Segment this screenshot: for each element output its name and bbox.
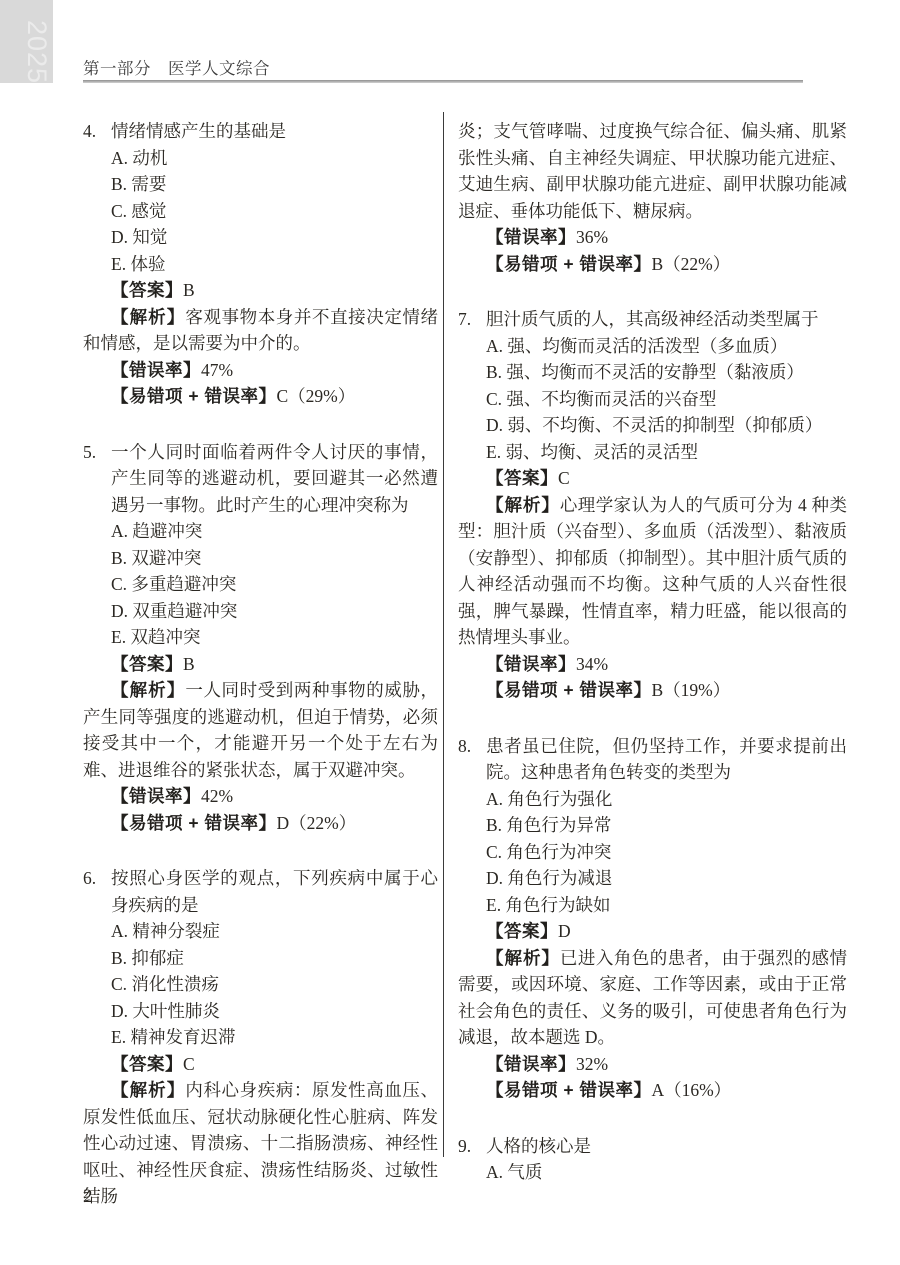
question-stem: 6. 按照心身医学的观点，下列疾病中属于心身疾病的是	[83, 865, 438, 918]
option-a: A. 强、均衡而灵活的活泼型（多血质）	[486, 333, 847, 360]
stem-text: 按照心身医学的观点，下列疾病中属于心身疾病的是	[111, 868, 438, 915]
question-stem: 9. 人格的核心是	[458, 1133, 847, 1160]
error-rate-label: 【错误率】	[111, 360, 201, 380]
option-b: B. 抑郁症	[111, 945, 438, 972]
option-a: A. 趋避冲突	[111, 518, 438, 545]
option-b: B. 强、均衡而不灵活的安静型（黏液质）	[486, 359, 847, 386]
question-stem: 8. 患者虽已住院，但仍坚持工作，并要求提前出院。这种患者角色转变的类型为	[458, 733, 847, 786]
confusable-line: 【易错项 + 错误率】B（22%）	[458, 251, 847, 278]
confusable-value: A（16%）	[651, 1080, 731, 1100]
column-divider	[443, 112, 444, 1157]
year-watermark: 2025	[23, 20, 50, 84]
analysis-label: 【解析】	[111, 307, 185, 327]
question-5: 5. 一个人同时面临着两件令人讨厌的事情，产生同等的逃避动机，要回避其一必然遭遇…	[83, 439, 438, 837]
question-9: 9. 人格的核心是 A. 气质	[458, 1133, 847, 1186]
confusable-line: 【易错项 + 错误率】A（16%）	[458, 1077, 847, 1104]
option-list: A. 强、均衡而灵活的活泼型（多血质） B. 强、均衡而不灵活的安静型（黏液质）…	[486, 333, 847, 466]
question-stem: 7. 胆汁质气质的人，其高级神经活动类型属于	[458, 306, 847, 333]
error-rate-line: 【错误率】47%	[83, 357, 438, 384]
error-rate-value: 36%	[576, 227, 608, 247]
corner-year-block: 2025	[0, 0, 53, 83]
analysis-paragraph: 【解析】已进入角色的患者，由于强烈的感情需要，或因环境、家庭、工作等因素，或由于…	[458, 945, 847, 1051]
analysis-paragraph: 【解析】内科心身疾病：原发性高血压、原发性低血压、冠状动脉硬化性心脏病、阵发性心…	[83, 1077, 438, 1210]
analysis-label: 【解析】	[486, 495, 560, 515]
answer-label: 【答案】	[486, 468, 558, 488]
confusable-label: 【易错项 + 错误率】	[486, 680, 651, 700]
option-d: D. 知觉	[111, 224, 438, 251]
question-number: 7.	[458, 306, 471, 333]
answer-value: C	[183, 1054, 195, 1074]
option-list: A. 气质	[486, 1159, 847, 1186]
error-rate-label: 【错误率】	[111, 786, 201, 806]
error-rate-line: 【错误率】42%	[83, 783, 438, 810]
confusable-label: 【易错项 + 错误率】	[111, 813, 276, 833]
error-rate-value: 47%	[201, 360, 233, 380]
error-rate-label: 【错误率】	[486, 1054, 576, 1074]
answer-line: 【答案】B	[83, 651, 438, 678]
option-e: E. 精神发育迟滞	[111, 1024, 438, 1051]
question-number: 6.	[83, 865, 96, 892]
section-header: 第一部分 医学人文综合	[83, 55, 270, 79]
question-number: 8.	[458, 733, 471, 760]
option-c: C. 多重趋避冲突	[111, 571, 438, 598]
option-c: C. 消化性溃疡	[111, 971, 438, 998]
option-e: E. 体验	[111, 251, 438, 278]
option-a: A. 角色行为强化	[486, 786, 847, 813]
question-4: 4. 情绪情感产生的基础是 A. 动机 B. 需要 C. 感觉 D. 知觉 E.…	[83, 118, 438, 410]
question-6-continued: 炎；支气管哮喘、过度换气综合征、偏头痛、肌紧张性头痛、自主神经失调症、甲状腺功能…	[458, 118, 847, 277]
analysis-text: 心理学家认为人的气质可分为 4 种类型：胆汁质（兴奋型）、多血质（活泼型）、黏液…	[458, 495, 847, 648]
answer-value: B	[183, 654, 195, 674]
answer-label: 【答案】	[486, 921, 558, 941]
answer-line: 【答案】B	[83, 277, 438, 304]
stem-text: 情绪情感产生的基础是	[111, 121, 286, 141]
question-stem: 5. 一个人同时面临着两件令人讨厌的事情，产生同等的逃避动机，要回避其一必然遭遇…	[83, 439, 438, 519]
stem-text: 患者虽已住院，但仍坚持工作，并要求提前出院。这种患者角色转变的类型为	[486, 736, 847, 783]
option-b: B. 需要	[111, 171, 438, 198]
stem-text: 胆汁质气质的人，其高级神经活动类型属于	[486, 309, 819, 329]
option-b: B. 角色行为异常	[486, 812, 847, 839]
option-list: A. 角色行为强化 B. 角色行为异常 C. 角色行为冲突 D. 角色行为减退 …	[486, 786, 847, 919]
analysis-label: 【解析】	[111, 680, 185, 700]
option-c: C. 角色行为冲突	[486, 839, 847, 866]
confusable-label: 【易错项 + 错误率】	[111, 386, 276, 406]
answer-label: 【答案】	[111, 1054, 183, 1074]
stem-text: 人格的核心是	[486, 1136, 591, 1156]
answer-value: D	[558, 921, 571, 941]
answer-label: 【答案】	[111, 280, 183, 300]
question-stem: 4. 情绪情感产生的基础是	[83, 118, 438, 145]
confusable-value: C（29%）	[276, 386, 355, 406]
answer-line: 【答案】C	[458, 465, 847, 492]
analysis-label: 【解析】	[111, 1080, 185, 1100]
error-rate-value: 42%	[201, 786, 233, 806]
answer-line: 【答案】C	[83, 1051, 438, 1078]
answer-value: B	[183, 280, 195, 300]
question-number: 9.	[458, 1133, 471, 1160]
option-d: D. 角色行为减退	[486, 865, 847, 892]
option-a: A. 动机	[111, 145, 438, 172]
option-e: E. 角色行为缺如	[486, 892, 847, 919]
question-7: 7. 胆汁质气质的人，其高级神经活动类型属于 A. 强、均衡而灵活的活泼型（多血…	[458, 306, 847, 704]
option-d: D. 双重趋避冲突	[111, 598, 438, 625]
stem-text: 一个人同时面临着两件令人讨厌的事情，产生同等的逃避动机，要回避其一必然遭遇另一事…	[111, 442, 438, 515]
confusable-value: B（19%）	[651, 680, 730, 700]
option-c: C. 感觉	[111, 198, 438, 225]
question-number: 4.	[83, 118, 96, 145]
answer-label: 【答案】	[111, 654, 183, 674]
analysis-paragraph: 【解析】客观事物本身并不直接决定情绪和情感，是以需要为中介的。	[83, 304, 438, 357]
confusable-line: 【易错项 + 错误率】C（29%）	[83, 383, 438, 410]
error-rate-label: 【错误率】	[486, 654, 576, 674]
option-e: E. 双趋冲突	[111, 624, 438, 651]
answer-value: C	[558, 468, 570, 488]
confusable-label: 【易错项 + 错误率】	[486, 254, 651, 274]
error-rate-line: 【错误率】36%	[458, 224, 847, 251]
book-page: 2025 第一部分 医学人文综合 4. 情绪情感产生的基础是 A. 动机 B. …	[0, 0, 900, 1265]
option-a: A. 气质	[486, 1159, 847, 1186]
option-d: D. 大叶性肺炎	[111, 998, 438, 1025]
analysis-label: 【解析】	[486, 948, 560, 968]
header-rule	[83, 80, 803, 83]
question-6: 6. 按照心身医学的观点，下列疾病中属于心身疾病的是 A. 精神分裂症 B. 抑…	[83, 865, 438, 1210]
option-list: A. 趋避冲突 B. 双避冲突 C. 多重趋避冲突 D. 双重趋避冲突 E. 双…	[111, 518, 438, 651]
question-8: 8. 患者虽已住院，但仍坚持工作，并要求提前出院。这种患者角色转变的类型为 A.…	[458, 733, 847, 1104]
option-e: E. 弱、均衡、灵活的灵活型	[486, 439, 847, 466]
confusable-value: D（22%）	[276, 813, 356, 833]
question-number: 5.	[83, 439, 96, 466]
option-a: A. 精神分裂症	[111, 918, 438, 945]
analysis-paragraph: 【解析】一人同时受到两种事物的威胁，产生同等强度的逃避动机，但迫于情势，必须接受…	[83, 677, 438, 783]
option-c: C. 强、不均衡而灵活的兴奋型	[486, 386, 847, 413]
error-rate-line: 【错误率】32%	[458, 1051, 847, 1078]
right-column: 炎；支气管哮喘、过度换气综合征、偏头痛、肌紧张性头痛、自主神经失调症、甲状腺功能…	[458, 118, 847, 1186]
analysis-text-part2: 炎；支气管哮喘、过度换气综合征、偏头痛、肌紧张性头痛、自主神经失调症、甲状腺功能…	[458, 121, 847, 221]
error-rate-value: 32%	[576, 1054, 608, 1074]
confusable-label: 【易错项 + 错误率】	[486, 1080, 651, 1100]
left-column: 4. 情绪情感产生的基础是 A. 动机 B. 需要 C. 感觉 D. 知觉 E.…	[83, 118, 438, 1210]
analysis-continuation: 炎；支气管哮喘、过度换气综合征、偏头痛、肌紧张性头痛、自主神经失调症、甲状腺功能…	[458, 118, 847, 224]
option-list: A. 精神分裂症 B. 抑郁症 C. 消化性溃疡 D. 大叶性肺炎 E. 精神发…	[111, 918, 438, 1051]
error-rate-line: 【错误率】34%	[458, 651, 847, 678]
confusable-line: 【易错项 + 错误率】B（19%）	[458, 677, 847, 704]
option-b: B. 双避冲突	[111, 545, 438, 572]
option-d: D. 弱、不均衡、不灵活的抑制型（抑郁质）	[486, 412, 847, 439]
error-rate-label: 【错误率】	[486, 227, 576, 247]
confusable-value: B（22%）	[651, 254, 730, 274]
page-number: 2	[83, 1186, 93, 1208]
error-rate-value: 34%	[576, 654, 608, 674]
answer-line: 【答案】D	[458, 918, 847, 945]
confusable-line: 【易错项 + 错误率】D（22%）	[83, 810, 438, 837]
analysis-paragraph: 【解析】心理学家认为人的气质可分为 4 种类型：胆汁质（兴奋型）、多血质（活泼型…	[458, 492, 847, 651]
option-list: A. 动机 B. 需要 C. 感觉 D. 知觉 E. 体验	[111, 145, 438, 278]
